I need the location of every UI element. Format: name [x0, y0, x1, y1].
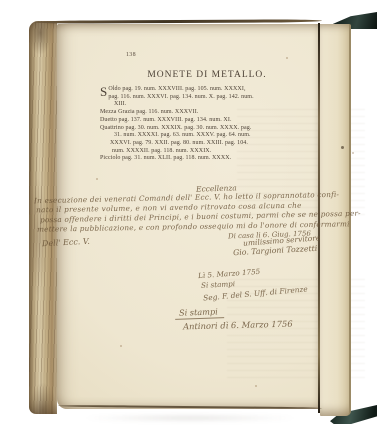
manuscript-annotations: Eccellenza In esecuzione dei venerati Co… — [0, 0, 377, 440]
imprimatur-date: Lì 5. Marzo 1755 — [198, 267, 261, 280]
book-photograph: 138 MONETE DI METALLO. S Oldo pag. 19. n… — [0, 0, 377, 440]
imprimatur-si-stampi: Si stampi — [201, 279, 236, 290]
manuscript-closing-left: Dell' Ecc. V. — [42, 237, 90, 248]
imprimatur-signature: Antinori dì 6. Marzo 1756 — [183, 319, 293, 332]
imprimatur-si-stampi-underlined: Si stampi — [175, 306, 224, 320]
